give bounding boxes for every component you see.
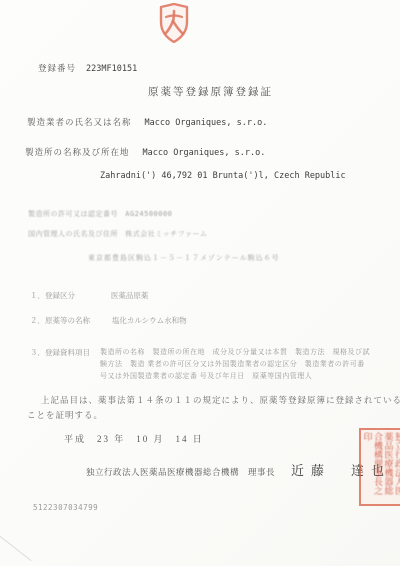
- item2-label: 原薬等の名称: [45, 316, 90, 325]
- registration-number-value: 223MF10151: [86, 64, 137, 74]
- item2-value: 塩化カルシウム水和物: [112, 316, 187, 325]
- item3-label: 登録資料項目: [45, 348, 90, 357]
- officer-seal-text: 独立行政法人医薬品医療機器総合機構理事長之印: [361, 430, 400, 504]
- certification-line2: ことを証明する。: [27, 409, 103, 421]
- item3-value-paragraph: 製造所の名称 製造所の所在地 成分及び分量又は本質 製造方法 規格及び試験方法 …: [100, 346, 372, 382]
- scan-artifact-line: [0, 532, 31, 561]
- item1-row: １．登録区分 医薬品原薬: [30, 290, 148, 301]
- manufacturer-label: 製造業者の氏名又は名称: [27, 117, 132, 127]
- permit-value: AG24500000: [125, 210, 172, 218]
- manufacturer-row: 製造業者の氏名又は名称 Macco Organiques, s.r.o.: [27, 112, 267, 130]
- officer-seal-stamp: 独立行政法人医薬品医療機器総合機構理事長之印: [359, 428, 400, 506]
- domestic-manager-row: 国内管理人の氏名及び住所 株式会社ミッチファーム: [28, 229, 207, 239]
- item1-label: 登録区分: [45, 291, 75, 300]
- site-address-value: Zahradni(') 46,792 01 Brunta(')l, Czech …: [100, 171, 346, 181]
- domestic-manager-address: 東京都豊島区駒込１－５－１７メゾンテール駒込６号: [88, 253, 280, 263]
- serial-number: 5122307034799: [33, 503, 98, 512]
- site-name-value: Macco Organiques, s.r.o.: [143, 148, 266, 158]
- item1-no: １．: [30, 291, 45, 300]
- issuer-organization: 独立行政法人医薬品医療機器総合機構 理事長: [86, 467, 275, 477]
- issuer-row: 独立行政法人医薬品医療機器総合機構 理事長近藤 達也: [86, 460, 391, 480]
- item1-value: 医薬品原薬: [111, 291, 149, 300]
- certification-line1: 上記品目は、薬事法第１４条の１１の規定により、原薬等登録原簿に登録されている: [41, 394, 400, 406]
- item3-line3: 号及び年月日 原薬等国内管理人: [200, 372, 313, 380]
- registration-number-label: 登録番号: [38, 63, 76, 73]
- domestic-manager-value: 株式会社ミッチファーム: [125, 230, 207, 238]
- shield-figure-seal-icon: [159, 3, 189, 43]
- issue-date: 平成 23 年 10 月 14 日: [64, 432, 204, 445]
- item3-label-row: ３．登録資料項目: [30, 347, 90, 358]
- registration-number-row: 登録番号 223MF10151: [38, 58, 137, 76]
- permit-row: 製造所の許可又は認定番号 AG24500000: [28, 209, 172, 219]
- scanned-certificate-page: 登録番号 223MF10151 原薬等登録原簿登録証 製造業者の氏名又は名称 M…: [0, 0, 400, 566]
- site-row: 製造所の名称及び所在地 Macco Organiques, s.r.o.: [25, 142, 265, 160]
- item3-no: ３．: [30, 348, 45, 357]
- item2-no: ２．: [30, 316, 45, 325]
- permit-label: 製造所の許可又は認定番号: [28, 210, 118, 218]
- manufacturer-value: Macco Organiques, s.r.o.: [145, 118, 268, 128]
- domestic-manager-label: 国内管理人の氏名及び住所: [28, 230, 118, 238]
- document-title: 原薬等登録原簿登録証: [148, 84, 273, 99]
- item2-row: ２．原薬等の名称 塩化カルシウム水和物: [30, 315, 187, 326]
- site-label: 製造所の名称及び所在地: [25, 147, 130, 157]
